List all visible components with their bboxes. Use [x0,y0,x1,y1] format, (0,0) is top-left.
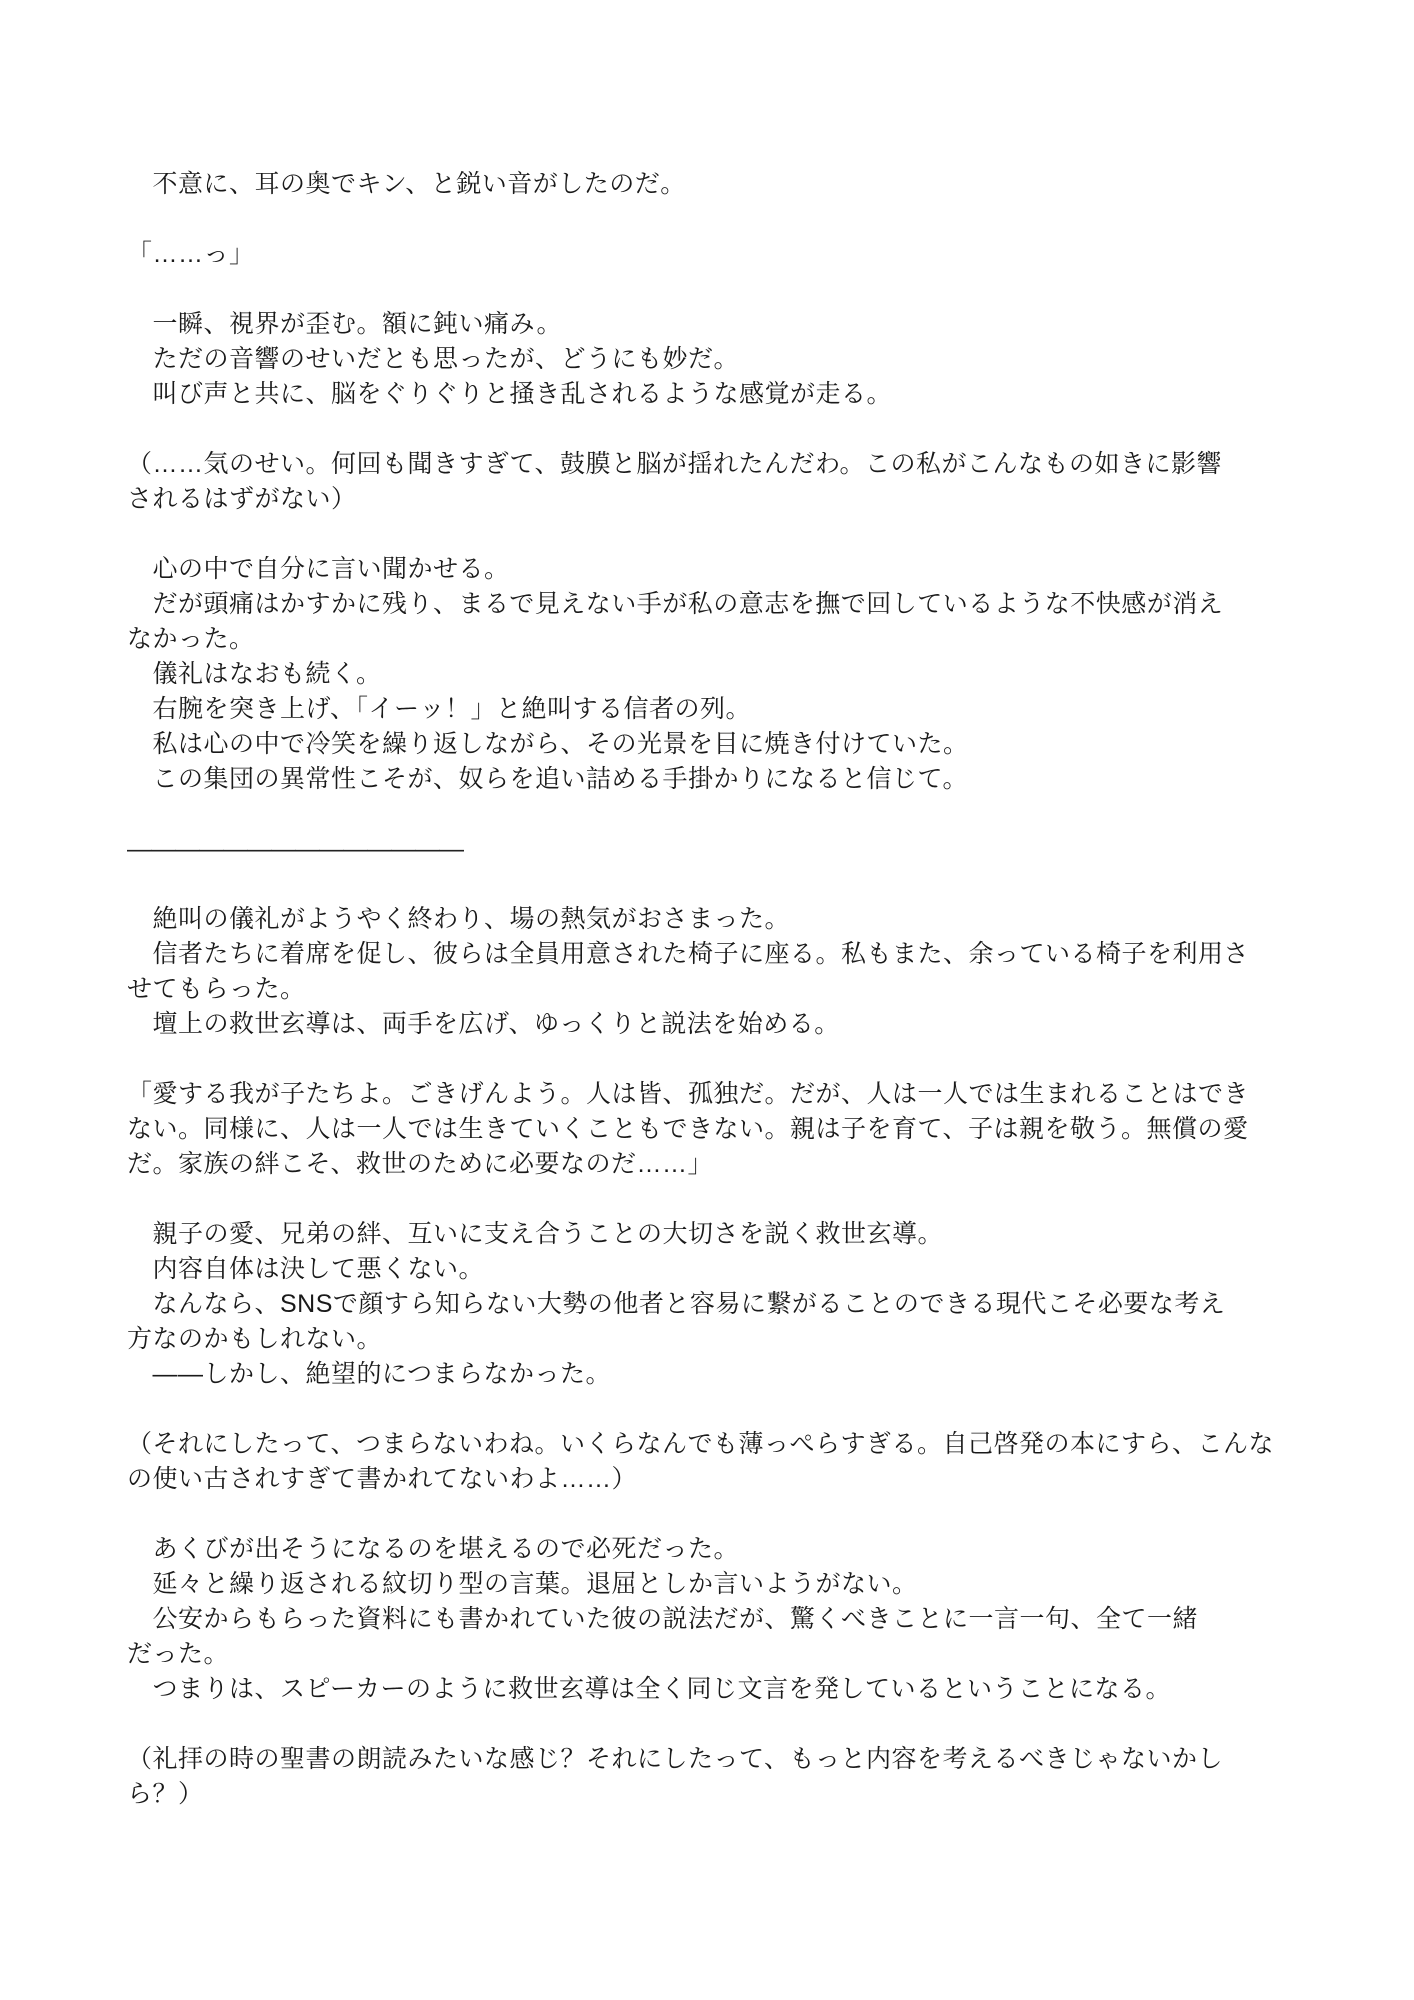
text-line: （それにしたって、つまらないわね。いくらなんでも薄っぺらすぎる。自己啓発の本にす… [127,1427,1297,1462]
document-text: 不意に、耳の奥でキン、と鋭い音がしたのだ。「……っ」 一瞬、視界が歪む。額に鈍い… [127,167,1297,1812]
text-line: 叫び声と共に、脳をぐりぐりと掻き乱されるような感覚が走る。 [127,377,1297,412]
blank-line [127,202,1297,237]
text-line: 儀礼はなおも続く。 [127,657,1297,692]
text-line: なかった。 [127,622,1297,657]
text-line: この集団の異常性こそが、奴らを追い詰める手掛かりになると信じて。 [127,762,1297,797]
text-line: つまりは、スピーカーのように救世玄導は全く同じ文言を発しているということになる。 [127,1672,1297,1707]
text-line: 右腕を突き上げ、「イーッ！」と絶叫する信者の列。 [127,692,1297,727]
blank-line [127,1707,1297,1742]
text-line: 信者たちに着席を促し、彼らは全員用意された椅子に座る。私もまた、余っている椅子を… [127,937,1297,972]
text-line: 心の中で自分に言い聞かせる。 [127,552,1297,587]
text-line: あくびが出そうになるのを堪えるので必死だった。 [127,1532,1297,1567]
text-line: の使い古されすぎて書かれてないわよ……） [127,1462,1297,1497]
text-line: 公安からもらった資料にも書かれていた彼の説法だが、驚くべきことに一言一句、全て一… [127,1602,1297,1637]
text-line: だった。 [127,1637,1297,1672]
text-line: ――しかし、絶望的につまらなかった。 [127,1357,1297,1392]
blank-line [127,1392,1297,1427]
text-line: 延々と繰り返される紋切り型の言葉。退屈としか言いようがない。 [127,1567,1297,1602]
document-page: 不意に、耳の奥でキン、と鋭い音がしたのだ。「……っ」 一瞬、視界が歪む。額に鈍い… [0,0,1414,2000]
text-line: 絶叫の儀礼がようやく終わり、場の熱気がおさまった。 [127,902,1297,937]
text-line: せてもらった。 [127,972,1297,1007]
text-line: 「愛する我が子たちよ。ごきげんよう。人は皆、孤独だ。だが、人は一人では生まれるこ… [127,1077,1297,1112]
blank-line [127,1042,1297,1077]
text-line: 壇上の救世玄導は、両手を広げ、ゆっくりと説法を始める。 [127,1007,1297,1042]
text-line: 内容自体は決して悪くない。 [127,1252,1297,1287]
text-line: 一瞬、視界が歪む。額に鈍い痛み。 [127,307,1297,342]
blank-line [127,517,1297,552]
scene-divider: ―――――――――――――― [127,832,1297,867]
text-line: （礼拝の時の聖書の朗読みたいな感じ？それにしたって、もっと内容を考えるべきじゃな… [127,1742,1297,1777]
text-line: だが頭痛はかすかに残り、まるで見えない手が私の意志を撫で回しているような不快感が… [127,587,1297,622]
text-line: ただの音響のせいだとも思ったが、どうにも妙だ。 [127,342,1297,377]
blank-line [127,867,1297,902]
text-line: ない。同様に、人は一人では生きていくこともできない。親は子を育て、子は親を敬う。… [127,1112,1297,1147]
blank-line [127,797,1297,832]
text-line: 「……っ」 [127,237,1297,272]
blank-line [127,272,1297,307]
text-line: 私は心の中で冷笑を繰り返しながら、その光景を目に焼き付けていた。 [127,727,1297,762]
text-line: なんなら、SNSで顔すら知らない大勢の他者と容易に繋がることのできる現代こそ必要… [127,1287,1297,1322]
blank-line [127,1497,1297,1532]
blank-line [127,412,1297,447]
text-line: だ。家族の絆こそ、救世のために必要なのだ……」 [127,1147,1297,1182]
text-line: 方なのかもしれない。 [127,1322,1297,1357]
blank-line [127,1182,1297,1217]
text-line: （……気のせい。何回も聞きすぎて、鼓膜と脳が揺れたんだわ。この私がこんなもの如き… [127,447,1297,482]
text-line: ら？） [127,1777,1297,1812]
text-line: 親子の愛、兄弟の絆、互いに支え合うことの大切さを説く救世玄導。 [127,1217,1297,1252]
text-line: 不意に、耳の奥でキン、と鋭い音がしたのだ。 [127,167,1297,202]
text-line: されるはずがない） [127,482,1297,517]
